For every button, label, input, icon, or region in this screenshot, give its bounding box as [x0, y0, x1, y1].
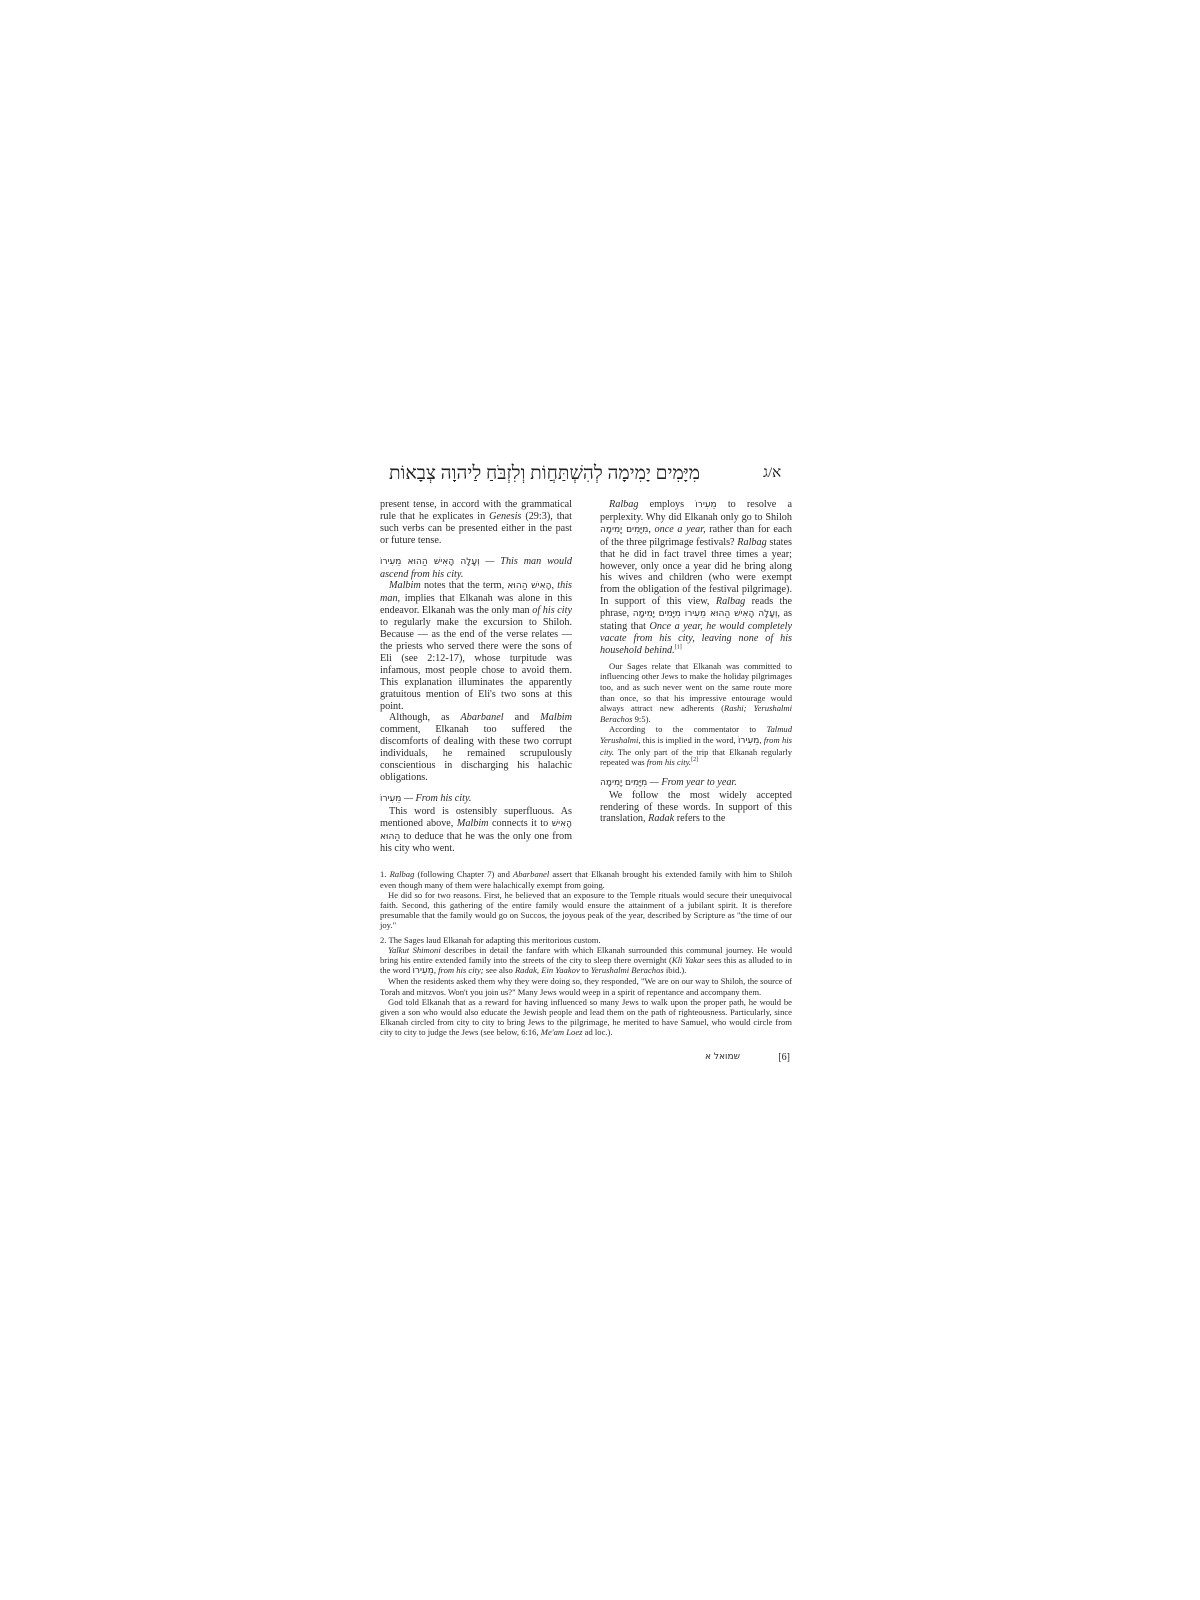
page-header: מִיָּמִים יָמִימָה לְהִשְׁתַּחֲוֹת וְלִז…	[380, 455, 792, 495]
footnote-marker[interactable]: [2]	[691, 757, 698, 763]
paragraph: Malbim notes that the term, הָאִישׁ הַהו…	[380, 580, 572, 712]
page-footer: שמואל א [6]	[380, 1052, 792, 1072]
lemma-heading: מֵעִירוֹ — From his city.	[380, 793, 572, 806]
left-column: present tense, in accord with the gramma…	[380, 499, 572, 855]
paragraph: Our Sages relate that Elkanah was commit…	[600, 661, 792, 725]
book-title-hebrew: שמואל א	[705, 1052, 740, 1062]
paragraph: Ralbag employs מֵעִירוֹ to resolve a per…	[600, 499, 792, 657]
footnote-1: 1. Ralbag (following Chapter 7) and Abar…	[380, 869, 792, 889]
paragraph: We follow the most widely accepted rende…	[600, 790, 792, 826]
lemma-heading: וְעָלָה הָאִישׁ הַהוּא מֵעִירוֹ — This m…	[380, 556, 572, 581]
commentary-columns: present tense, in accord with the gramma…	[380, 499, 792, 855]
paragraph: This word is ostensibly superfluous. As …	[380, 806, 572, 856]
paragraph: According to the commentator to Talmud Y…	[600, 724, 792, 767]
right-column: Ralbag employs מֵעִירוֹ to resolve a per…	[600, 499, 792, 855]
paragraph: present tense, in accord with the gramma…	[380, 499, 572, 547]
footnote-paragraph: He did so for two reasons. First, he bel…	[380, 890, 792, 931]
paragraph: Although, as Abarbanel and Malbim commen…	[380, 712, 572, 783]
verse-heading-hebrew: מִיָּמִים יָמִימָה לְהִשְׁתַּחֲוֹת וְלִז…	[389, 463, 700, 485]
page-number: [6]	[778, 1052, 790, 1063]
footnote-marker[interactable]: [1]	[675, 644, 682, 650]
chapter-verse-reference: א/ג	[763, 465, 781, 482]
book-page: מִיָּמִים יָמִימָה לְהִשְׁתַּחֲוֹת וְלִז…	[380, 455, 792, 1072]
footnote-paragraph: Yalkut Shimoni describes in detail the f…	[380, 945, 792, 977]
lemma-heading: מִיָּמִים יָמִימָה — From year to year.	[600, 777, 792, 790]
footnote-paragraph: God told Elkanah that as a reward for ha…	[380, 997, 792, 1038]
footnote-2: 2. The Sages laud Elkanah for adapting t…	[380, 935, 792, 945]
footnotes: 1. Ralbag (following Chapter 7) and Abar…	[380, 869, 792, 1037]
footnote-paragraph: When the residents asked them why they w…	[380, 976, 792, 996]
